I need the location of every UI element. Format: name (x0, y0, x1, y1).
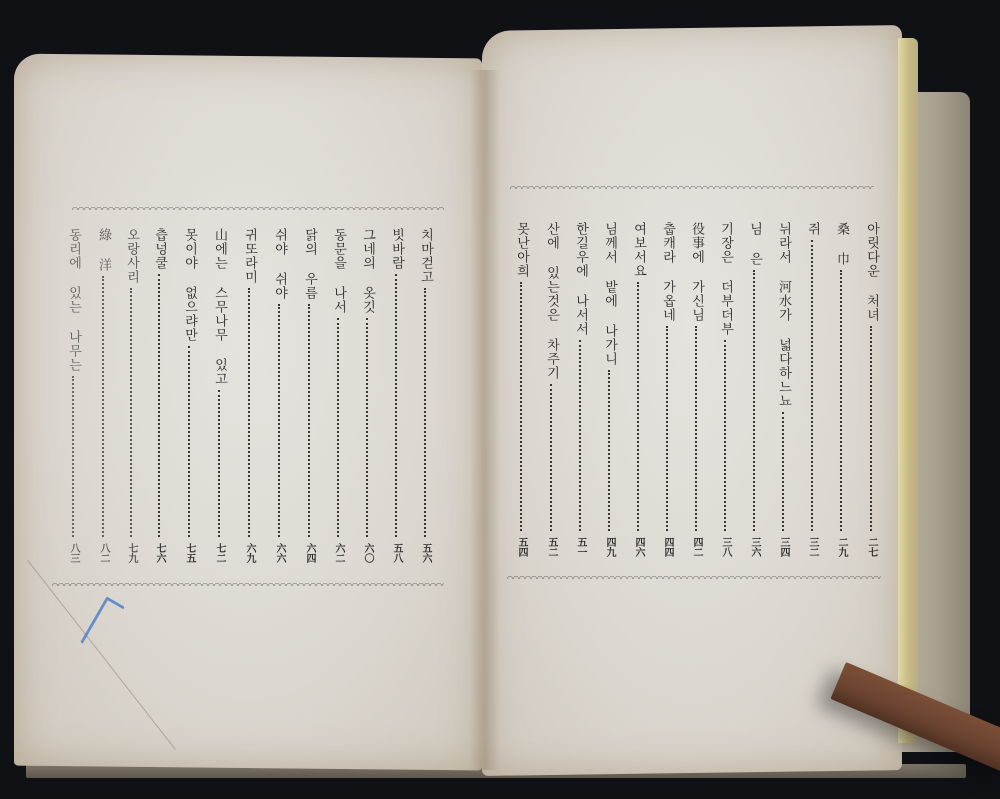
toc-page-number: 六〇 (362, 543, 372, 563)
toc-entry: 못난아희 五四 (510, 222, 532, 557)
toc-title: 그네의 옷깃 (360, 228, 374, 314)
dot-leader (753, 270, 755, 531)
toc-page-number: 五八 (391, 543, 401, 563)
toc-entry: 닭의 우름 六四 (298, 228, 320, 563)
toc-title: 한길우에 나서서 (573, 222, 587, 336)
dot-leader (695, 326, 697, 531)
toc-title: 쥐 (805, 222, 819, 236)
dot-leader (782, 412, 784, 531)
toc-page-number: 七五 (184, 543, 194, 563)
toc-title: 여보서요 (631, 222, 645, 278)
toc-entry: 여보서요 四六 (627, 222, 649, 557)
toc-title: 님 은 (747, 222, 761, 266)
toc-page-number: 四二 (691, 537, 701, 557)
dot-leader (308, 304, 310, 537)
toc-entry: 오랑사리 七九 (120, 228, 142, 563)
left-top-rule (72, 204, 444, 210)
dot-leader (608, 370, 610, 531)
dot-leader (218, 390, 220, 537)
toc-entry: 님께서 밭에 나가니 四九 (598, 222, 620, 557)
toc-page-number: 七六 (154, 543, 164, 563)
toc-entry: 기장은 더부더부 三八 (714, 222, 736, 557)
toc-page-number: 六二 (333, 543, 343, 563)
toc-entry: 그네의 옷깃 六〇 (356, 228, 378, 563)
toc-title: 못이야 없으랴만 (182, 228, 196, 342)
toc-page-number: 七九 (126, 543, 136, 563)
toc-page-number: 八二 (98, 543, 108, 563)
toc-page-number: 二九 (836, 537, 846, 557)
toc-page-number: 五二 (546, 537, 556, 557)
toc-title: 님께서 밭에 나가니 (602, 222, 616, 366)
toc-entry: 아릿다운 처녀 二七 (860, 222, 882, 557)
dot-leader (72, 376, 74, 537)
toc-title: 아릿다운 처녀 (864, 222, 878, 322)
toc-title: 山에는 스무나무 있고 (212, 228, 226, 386)
toc-page-number: 二七 (866, 537, 876, 557)
toc-entry: 桑 巾 二九 (830, 222, 852, 557)
toc-entry: 쥐 三二 (801, 222, 823, 557)
dot-leader (278, 304, 280, 537)
toc-title: 오랑사리 (124, 228, 138, 284)
dot-leader (666, 326, 668, 531)
toc-entry: 쉬야 쉬야 六六 (268, 228, 290, 563)
toc-entry: 한길우에 나서서 五一 (569, 222, 591, 557)
toc-entry: 산에 있는것은 차주기 五二 (540, 222, 562, 557)
dot-leader (550, 384, 552, 531)
dot-leader (102, 276, 104, 537)
photo-scene: 아릿다운 처녀 二七 桑 巾 二九 쥐 三二 뉘라서 河水가 넓다하느뇨 三四 … (0, 0, 1000, 799)
toc-entry: 빗바람 五八 (385, 228, 407, 563)
page-edge (898, 38, 918, 743)
toc-page-number: 七二 (214, 543, 224, 563)
left-bottom-rule (52, 580, 444, 586)
toc-title: 닭의 우름 (302, 228, 316, 300)
toc-page-number: 三二 (807, 537, 817, 557)
dot-leader (158, 274, 160, 537)
toc-title: 기장은 더부더부 (718, 222, 732, 336)
toc-entry: 綠 洋 八二 (92, 228, 114, 563)
dot-leader (811, 240, 813, 531)
toc-title: 춥캐라 가옵네 (660, 222, 674, 322)
toc-page-number: 三八 (720, 537, 730, 557)
toc-page-number: 六九 (244, 543, 254, 563)
dot-leader (395, 274, 397, 537)
right-bottom-rule (507, 573, 881, 579)
toc-page-number: 三四 (778, 537, 788, 557)
toc-page-number: 五四 (516, 537, 526, 557)
toc-title: 못난아희 (514, 222, 528, 278)
toc-title: 쉬야 쉬야 (272, 228, 286, 300)
toc-entry: 뉘라서 河水가 넓다하느뇨 三四 (772, 222, 794, 557)
dot-leader (724, 340, 726, 531)
toc-entry: 동문을 나서 六二 (327, 228, 349, 563)
toc-entry: 춥캐라 가옵네 四四 (656, 222, 678, 557)
dot-leader (424, 288, 426, 537)
toc-title: 귀또라미 (242, 228, 256, 284)
dot-leader (870, 326, 872, 531)
dot-leader (579, 340, 581, 531)
toc-entry: 동리에 있는 나무는 八三 (62, 228, 84, 563)
toc-title: 役事에 가신님 (689, 222, 703, 322)
toc-title: 桑 巾 (834, 222, 848, 266)
toc-page-number: 四九 (604, 537, 614, 557)
toc-entry: 츱넝쿨 七六 (148, 228, 170, 563)
dot-leader (840, 270, 842, 531)
dot-leader (248, 288, 250, 537)
toc-page-number: 六四 (304, 543, 314, 563)
toc-page-number: 四六 (633, 537, 643, 557)
toc-title: 綠 洋 (96, 228, 110, 272)
dot-leader (520, 282, 522, 531)
dot-leader (366, 318, 368, 537)
dot-leader (130, 288, 132, 537)
toc-entry: 山에는 스무나무 있고 七二 (208, 228, 230, 563)
dot-leader (337, 318, 339, 537)
toc-page-number: 五六 (420, 543, 430, 563)
toc-entry: 치마걷고 五六 (414, 228, 436, 563)
toc-entry: 귀또라미 六九 (238, 228, 260, 563)
toc-title: 산에 있는것은 차주기 (544, 222, 558, 380)
toc-page-number: 五一 (575, 537, 585, 557)
dot-leader (637, 282, 639, 531)
book-gutter (470, 70, 500, 770)
toc-title: 동문을 나서 (331, 228, 345, 314)
toc-page-number: 八三 (68, 543, 78, 563)
toc-page-number: 六六 (274, 543, 284, 563)
toc-title: 뉘라서 河水가 넓다하느뇨 (776, 222, 790, 408)
toc-title: 치마걷고 (418, 228, 432, 284)
toc-title: 빗바람 (389, 228, 403, 270)
toc-page-number: 三六 (749, 537, 759, 557)
toc-entry: 님 은 三六 (743, 222, 765, 557)
toc-title: 츱넝쿨 (152, 228, 166, 270)
toc-entry: 못이야 없으랴만 七五 (178, 228, 200, 563)
toc-title: 동리에 있는 나무는 (66, 228, 80, 372)
toc-page-number: 四四 (662, 537, 672, 557)
dot-leader (188, 346, 190, 537)
toc-entry: 役事에 가신님 四二 (685, 222, 707, 557)
right-top-rule (510, 183, 874, 189)
